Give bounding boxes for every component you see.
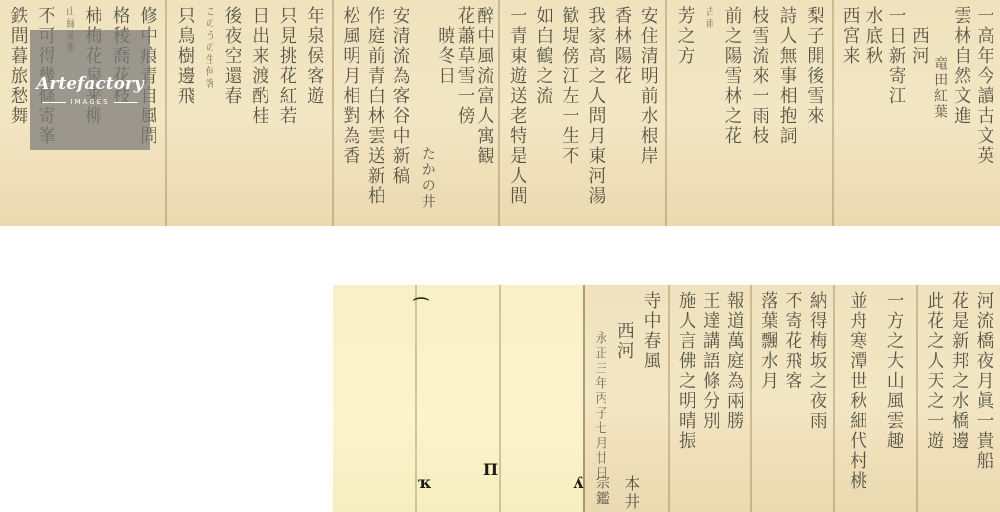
calligraphy-panel: 報道萬庭為兩勝 王達講語條分別 施人言佛之明晴振	[670, 285, 750, 512]
calligraphy-column: 前之陽雪林之花	[723, 6, 741, 220]
calligraphy-column: 落葉飄水月	[759, 291, 777, 506]
calligraphy-column: 西河	[910, 26, 928, 220]
calligraphy-column: 花蕭草雪一傍	[456, 6, 474, 220]
calligraphy-column: 只見挑花紅若	[278, 6, 296, 220]
calligraphy-column: 香林陽花	[613, 6, 631, 220]
calligraphy-column: このうの生何客	[203, 6, 213, 220]
calligraphy-column: 安清流為客谷中新稿	[391, 6, 409, 220]
signature: たかの井	[421, 146, 435, 220]
calligraphy-column: 河流橋夜月眞一貴船	[975, 291, 993, 506]
watermark-subtitle: IMAGES	[70, 98, 109, 106]
calligraphy-column: 水底秋	[864, 6, 882, 220]
divider	[114, 102, 138, 103]
calligraphy-column: 芳之方	[676, 6, 694, 220]
signature: 宗鑑	[595, 475, 609, 507]
calligraphy-column: 一青東遊送老特是人間	[508, 6, 526, 220]
signature: 本井	[623, 475, 639, 511]
mounting-mark: ⌒	[413, 293, 429, 316]
calligraphy-column: 王達講語條分別	[701, 291, 719, 506]
calligraphy-panel: 年泉侯客遊 只見挑花紅若 日出来渡酌桂 後夜空還春 このうの生何客 只鳥樹邊飛	[167, 0, 332, 226]
calligraphy-panel: 一方之大山風雲趣 並舟寒潭世秋細代村桃	[835, 285, 916, 512]
calligraphy-column: 鉄間暮旅愁舞	[9, 6, 27, 220]
calligraphy-column: 如白鶴之流	[534, 6, 552, 220]
mounting-mark: Π	[483, 460, 498, 479]
calligraphy-column: 一高年今讀古文英	[975, 6, 993, 220]
calligraphy-column: 報道萬庭為兩勝	[725, 291, 743, 506]
calligraphy-panel: 納得梅坂之夜雨 不寄花飛客 落葉飄水月	[752, 285, 833, 512]
calligraphy-column: 此花之人天之一遊	[925, 291, 943, 506]
calligraphy-column: 雲林自然文進	[952, 6, 970, 220]
calligraphy-column: 施人言佛之明晴振	[677, 291, 695, 506]
calligraphy-column: 只鳥樹邊飛	[176, 6, 194, 220]
calligraphy-column: 作庭前青白林雲送新柏	[366, 6, 384, 220]
calligraphy-panel: 醉中風流富人寓観 花蕭草雪一傍 暁冬日 たかの井	[416, 0, 498, 226]
calligraphy-column: 日出来渡酌桂	[250, 6, 268, 220]
calligraphy-panel: 安住清明前水根岸 香林陽花 我家高之人問月東河湯 歓堤傍江左一生不 如白鶴之流 …	[500, 0, 665, 226]
calligraphy-column: 暁冬日	[436, 26, 454, 220]
calligraphy-column: 竜田紅葉	[933, 56, 947, 220]
calligraphy-column: 醉中風流富人寓観	[475, 6, 493, 220]
fold-line	[499, 285, 501, 512]
calligraphy-panel: 梨子開後雪來 詩人無事相抱詞 枝雪流來一雨枝 前之陽雪林之花 古雨 芳之方	[667, 0, 832, 226]
top-scroll-strip: 修中痕青自風問 格稜喬花枝 柿梅花泉来柳 山縁遠雅 不可得幾條寄峯 鉄間暮旅愁舞…	[0, 0, 1000, 226]
calligraphy-column: 不寄花飛客	[783, 291, 801, 506]
mounting-mark: ʎ	[573, 473, 583, 492]
fold-line	[415, 285, 417, 512]
calligraphy-column: 並舟寒潭世秋細代村桃	[848, 291, 866, 506]
calligraphy-column: 寺中春風	[642, 291, 660, 506]
calligraphy-column: 古雨	[703, 6, 713, 220]
calligraphy-column: 梨子開後雪來	[805, 6, 823, 220]
watermark-subtitle-row: IMAGES	[42, 98, 137, 106]
calligraphy-column: 一日新寄江	[887, 6, 905, 220]
calligraphy-column: 後夜空還春	[223, 6, 241, 220]
calligraphy-column: 花是新邦之水橋邊	[950, 291, 968, 506]
mounting-mark: ҡ	[418, 473, 431, 492]
watermark: Artefactory IMAGES	[30, 30, 150, 150]
calligraphy-column: 松風明月相對為香	[341, 6, 359, 220]
calligraphy-column: 年泉侯客遊	[305, 6, 323, 220]
calligraphy-column: 西宮来	[841, 6, 859, 220]
blank-paper-area: ⌒ Π ҡ ʎ	[333, 285, 583, 512]
calligraphy-panel: 河流橋夜月眞一貴船 花是新邦之水橋邊 此花之人天之一遊	[918, 285, 1000, 512]
calligraphy-column: 歓堤傍江左一生不	[560, 6, 578, 220]
calligraphy-column: 安住清明前水根岸	[639, 6, 657, 220]
calligraphy-column: 詩人無事相抱詞	[778, 6, 796, 220]
calligraphy-column: 我家高之人問月東河湯	[587, 6, 605, 220]
bottom-scroll-strip: ⌒ Π ҡ ʎ 寺中春風 西河 永正三年丙子七月廿日 報道萬庭為兩勝 王達講語條…	[333, 285, 1000, 512]
calligraphy-column: 一方之大山風雲趣	[885, 291, 903, 506]
calligraphy-column: 納得梅坂之夜雨	[808, 291, 826, 506]
calligraphy-panel: 一高年今讀古文英 雲林自然文進 竜田紅葉 西河 一日新寄江 水底秋 西宮来	[834, 0, 1000, 226]
watermark-title: Artefactory	[36, 74, 144, 94]
calligraphy-panel: 安清流為客谷中新稿 作庭前青白林雲送新柏 松風明月相對為香	[334, 0, 416, 226]
calligraphy-column: 枝雪流來一雨枝	[750, 6, 768, 220]
divider	[42, 102, 66, 103]
